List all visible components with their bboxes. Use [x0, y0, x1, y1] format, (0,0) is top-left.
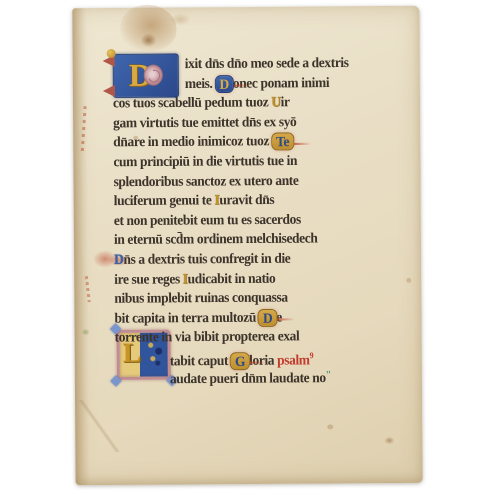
leaf-gutter-edge	[72, 8, 89, 485]
script-text: in eternū scd̄m ordinem melchisedech	[114, 230, 318, 247]
script-text: ixit dn̄s dn̄o meo sede a dextris	[185, 54, 349, 71]
text-line: tabit caput Gloria psalm9	[115, 346, 395, 367]
script-text: gam virtutis tue emittet dn̄s ex syō	[113, 113, 296, 130]
script-text: udicabit in natio	[188, 270, 276, 286]
text-line: ire sue reges Iudicabit in natio	[114, 268, 394, 289]
script-text: uravit dn̄s	[219, 192, 274, 208]
script-text: luciferum genui te	[114, 192, 215, 208]
text-line: in eternū scd̄m ordinem melchisedech	[114, 229, 394, 250]
script-text: bit capita in terra multozū	[114, 309, 259, 326]
script-text: "	[326, 369, 331, 381]
text-line: cos tuos scabellū pedum tuoz Uir	[113, 92, 393, 113]
stain-speck	[406, 278, 411, 283]
stain-top-dark	[139, 32, 159, 49]
script-text: cos tuos scabellū pedum tuoz	[113, 94, 271, 111]
text-line: audate pueri dn̄m laudate no"	[115, 365, 395, 386]
script-text: tabit caput	[170, 352, 231, 368]
script-text: onec ponam inimi	[233, 74, 329, 90]
text-line: meis. Donec ponam inimi	[113, 73, 393, 94]
text-block: ixit dn̄s dn̄o meo sede a dextrismeis. D…	[113, 53, 395, 387]
script-text: 9	[310, 351, 314, 360]
text-line: dn̄are in medio inimicoz tuoz Te	[113, 131, 393, 152]
text-line: torrente in via bibit propterea exal	[115, 326, 395, 347]
decorated-initial: D	[114, 251, 123, 267]
stain-top	[120, 4, 176, 50]
script-text: cum principiū in die virtutis tue in	[113, 152, 297, 169]
text-line: cum principiū in die virtutis tue in	[113, 151, 393, 172]
script-text: splendoribus sanctoz ex utero ante	[113, 172, 298, 189]
script-text: et non penitebit eum tu es sacerdos	[114, 211, 301, 228]
decorated-initial: U	[271, 94, 280, 110]
decorated-initial: D	[259, 310, 276, 326]
text-line: gam virtutis tue emittet dn̄s ex syō	[113, 112, 393, 133]
text-line: nibus implebit ruinas conquassa	[114, 287, 394, 308]
text-line: ixit dn̄s dn̄o meo sede a dextris	[113, 53, 393, 74]
script-text: audate pueri dn̄m laudate no	[170, 369, 326, 386]
decorated-initial: G	[231, 353, 249, 369]
script-text: meis.	[185, 75, 216, 91]
manuscript-leaf: D L ixit dn̄s dn̄o meo sede a dextrismei…	[72, 6, 422, 485]
text-line: splendoribus sanctoz ex utero ante	[113, 170, 393, 191]
script-text: torrente in via bibit propterea exal	[115, 328, 300, 345]
text-line: bit capita in terra multozū De	[114, 307, 394, 328]
rubric-text: psalm	[277, 352, 310, 368]
script-text: dn̄are in medio inimicoz tuoz	[113, 133, 272, 150]
text-line: luciferum genui te Iuravit dn̄s	[114, 190, 394, 211]
stain-top-secondary	[167, 11, 193, 27]
script-text: e	[276, 309, 282, 325]
script-text: nibus implebit ruinas conquassa	[114, 289, 287, 306]
script-text: ir	[281, 94, 290, 110]
script-text: ire sue reges	[114, 270, 183, 286]
stain-speck	[327, 424, 333, 429]
text-line: et non penitebit eum tu es sacerdos	[114, 209, 394, 230]
decorated-initial: D	[215, 76, 232, 92]
script-text: n̄s a dextris tuis confregit in die	[123, 250, 290, 267]
text-line: Dn̄s a dextris tuis confregit in die	[114, 248, 394, 269]
decorated-initial: Te	[272, 134, 293, 150]
stain-bottom-right	[383, 436, 395, 445]
script-text: loria	[249, 352, 277, 368]
